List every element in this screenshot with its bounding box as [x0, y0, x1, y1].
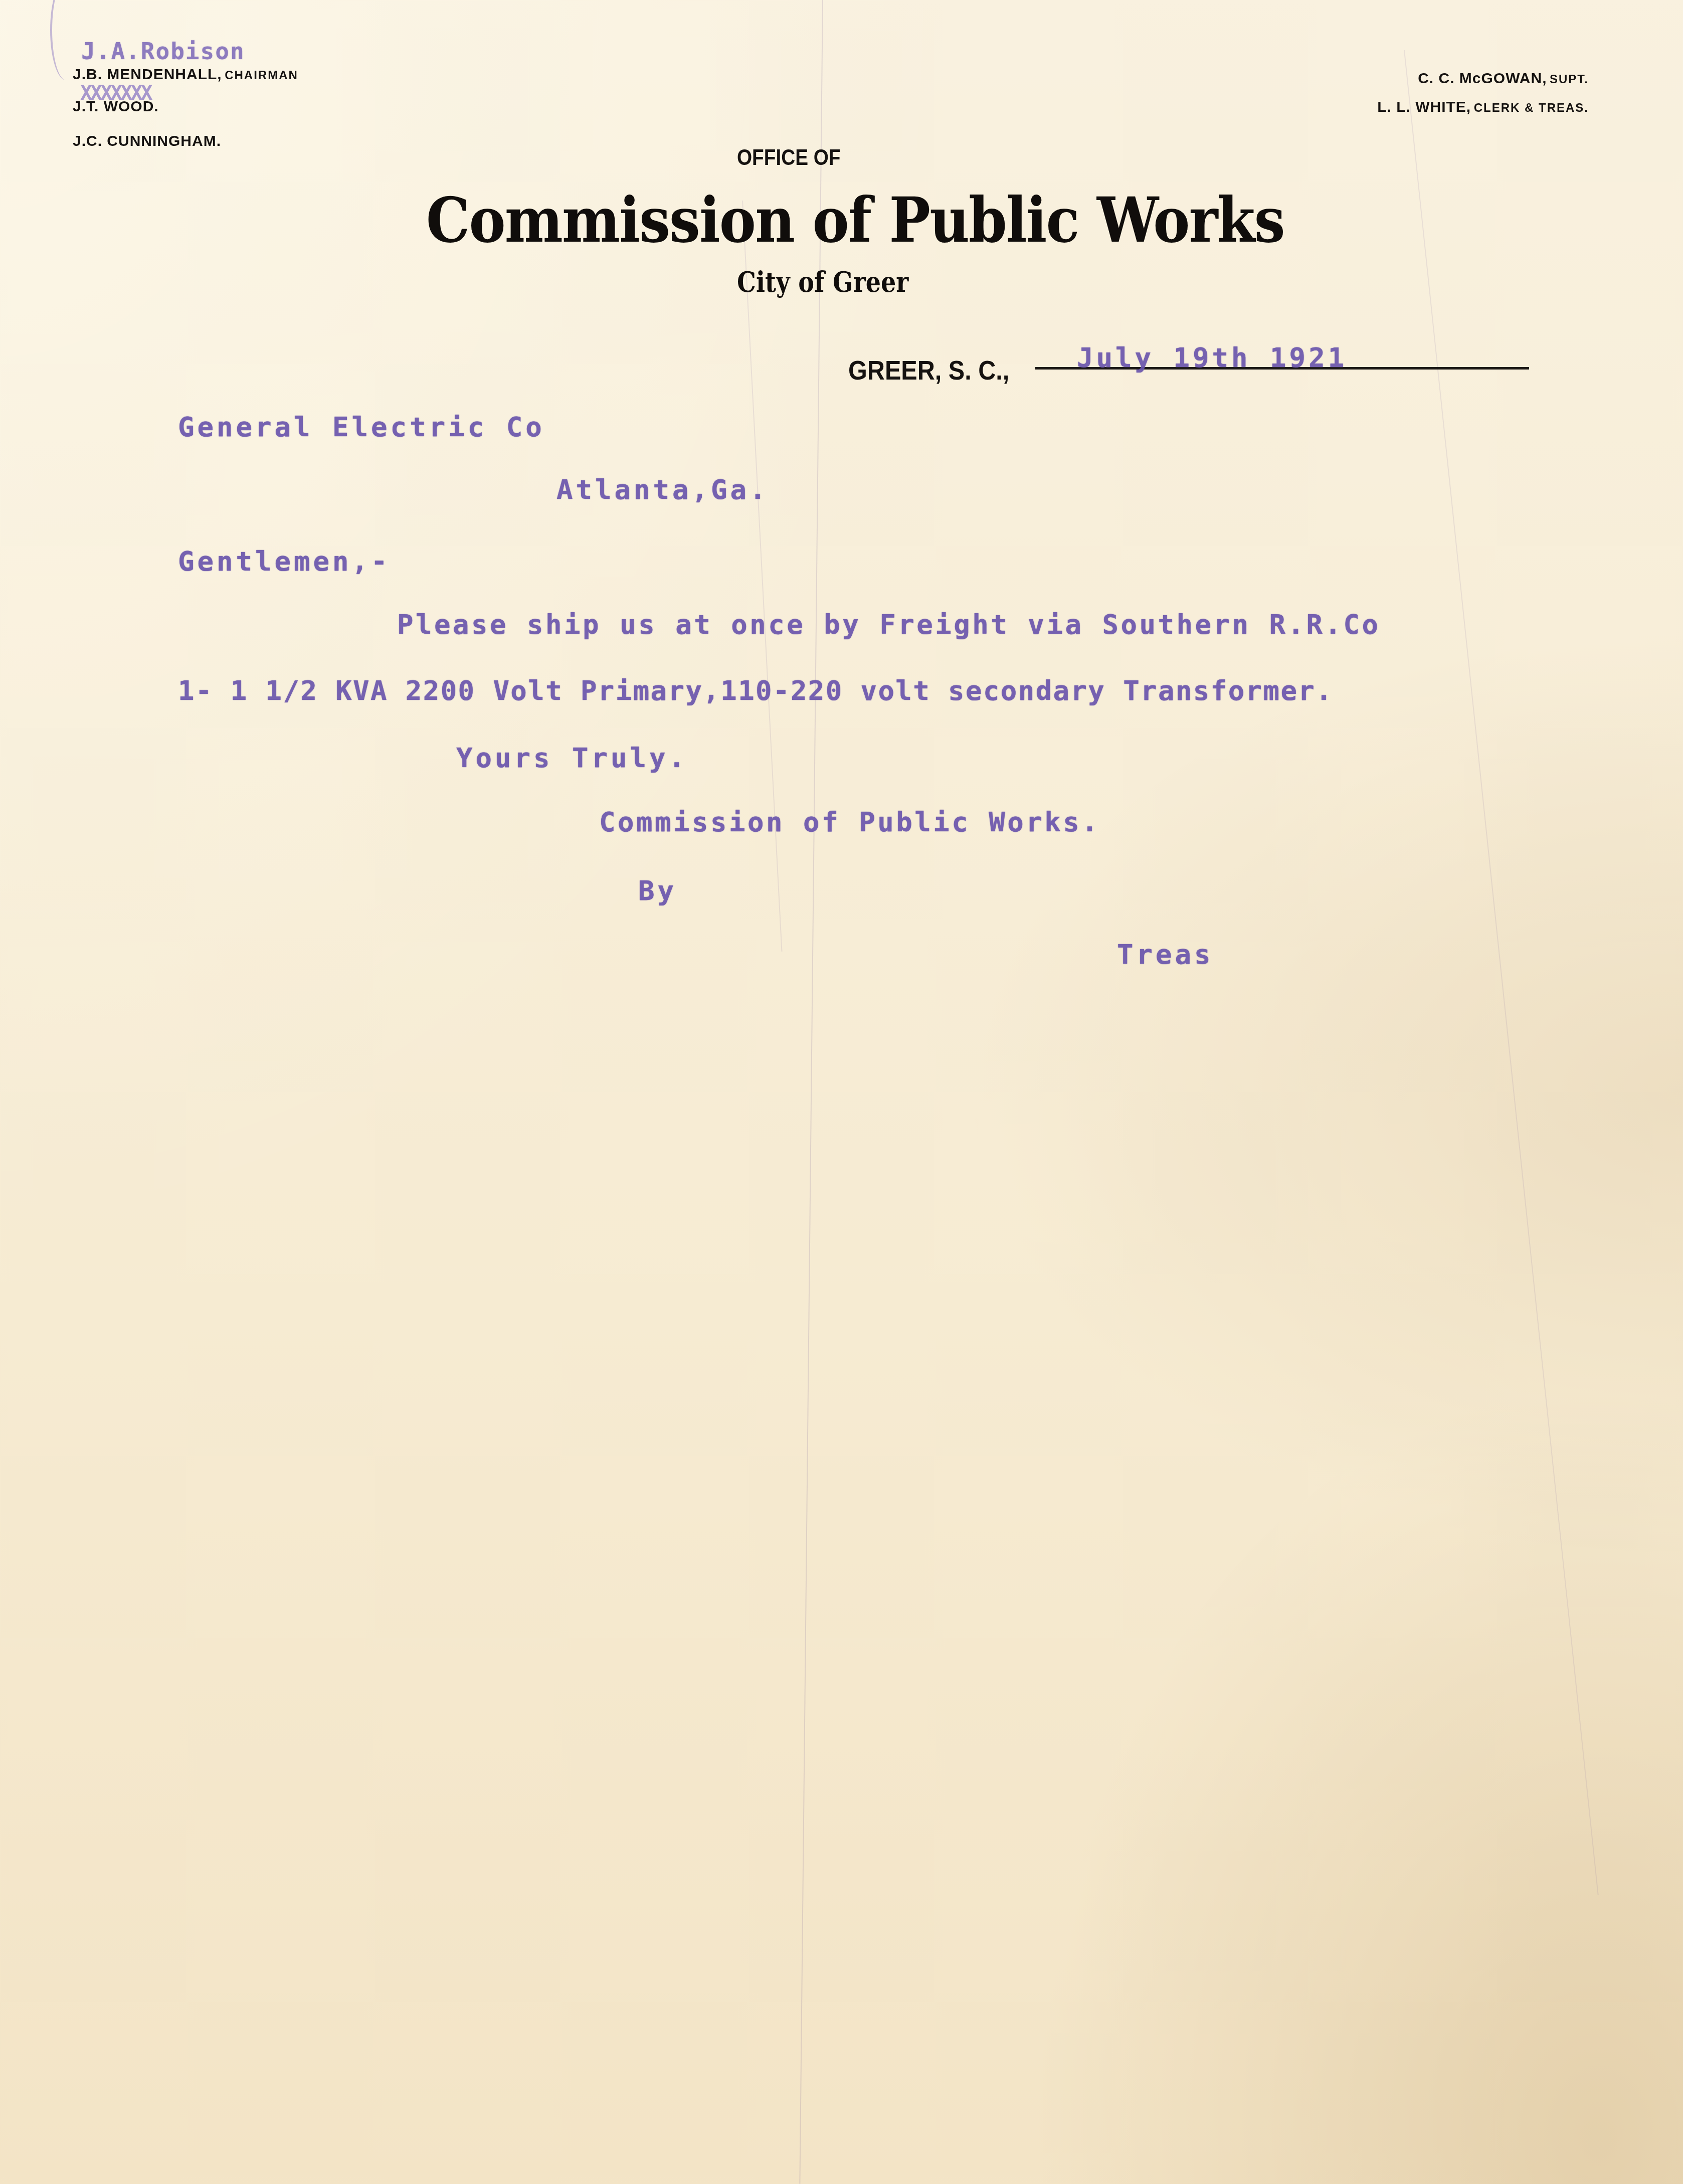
officer-name: J.C. CUNNINGHAM. — [73, 133, 221, 149]
signatory-org: Commission of Public Works. — [599, 806, 1100, 838]
officer-right-1: C. C. McGOWAN, SUPT. — [1418, 70, 1589, 87]
paper-crease — [742, 201, 783, 952]
recipient-name: General Electric Co — [178, 411, 545, 443]
body-line-1: Please ship us at once by Freight via So… — [397, 609, 1381, 640]
letterhead-subtitle: City of Greer — [737, 266, 908, 299]
closing: Yours Truly. — [456, 742, 688, 774]
officer-left-1: J.B. MENDENHALL, CHAIRMAN — [73, 66, 298, 83]
by-label: By — [638, 875, 677, 906]
office-of-label: OFFICE OF — [737, 145, 840, 170]
officer-role: CLERK & TREAS. — [1474, 101, 1589, 115]
place-label: GREER, S. C., — [848, 355, 1009, 386]
paper-crease — [1404, 50, 1599, 1895]
signatory-title: Treas — [1117, 939, 1214, 970]
officer-name: J.T. WOOD. — [73, 98, 159, 115]
recipient-city: Atlanta,Ga. — [556, 474, 769, 505]
officer-name: C. C. McGOWAN, — [1418, 70, 1547, 87]
officer-name: L. L. WHITE, — [1377, 99, 1471, 115]
letter-date: July 19th 1921 — [1077, 342, 1347, 374]
officer-name: J.B. MENDENHALL, — [73, 66, 222, 83]
paper-crease — [799, 0, 823, 2184]
officer-role: CHAIRMAN — [225, 69, 298, 82]
letterhead-title: Commission of Public Works — [426, 183, 1284, 256]
officer-left-3: J.C. CUNNINGHAM. — [73, 133, 221, 150]
body-line-2: 1- 1 1/2 KVA 2200 Volt Primary,110-220 v… — [178, 675, 1333, 706]
officer-role: SUPT. — [1550, 73, 1589, 86]
officer-left-2: J.T. WOOD. — [73, 98, 159, 115]
officer-right-2: L. L. WHITE, CLERK & TREAS. — [1377, 99, 1589, 116]
officer-stamp-name: J.A.Robison — [81, 38, 245, 65]
salutation: Gentlemen,- — [178, 545, 391, 577]
